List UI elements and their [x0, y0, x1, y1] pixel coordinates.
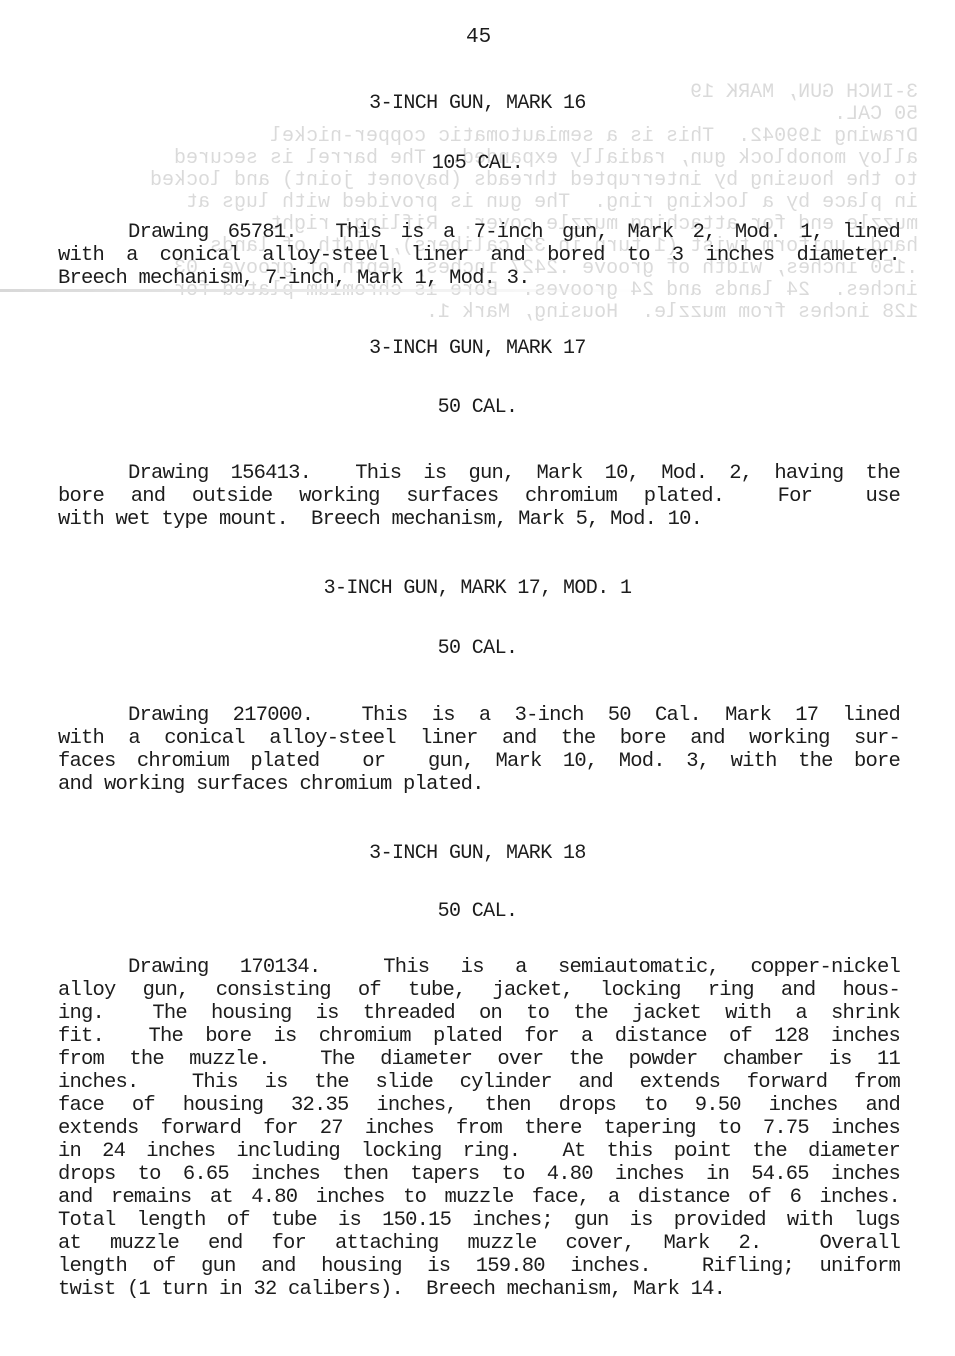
text-line: with a conical alloy-steel liner and the…: [58, 727, 900, 750]
text-line: Drawing 156413. This is gun, Mark 10, Mo…: [58, 462, 900, 485]
text-line: bore and outside working surfaces chromi…: [58, 485, 900, 508]
section-title: 3-INCH GUN, MARK 17, MOD. 1: [0, 577, 955, 600]
text-line: from the muzzle. The diameter over the p…: [58, 1048, 900, 1071]
text-line: with a conical alloy-steel liner and bor…: [58, 244, 900, 267]
section-title: 3-INCH GUN, MARK 16: [0, 92, 955, 115]
text-line: Drawing 217000. This is a 3-inch 50 Cal.…: [58, 704, 900, 727]
caliber-subtitle: 50 CAL.: [0, 637, 955, 660]
text-line: ing. The housing is threaded on to the j…: [58, 1002, 900, 1025]
text-line: and remains at 4.80 inches to muzzle fac…: [58, 1186, 900, 1209]
text-line: Breech mechanism, 7-inch, Mark 1, Mod. 3…: [58, 267, 900, 290]
section-paragraph: Drawing 170134. This is a semiautomatic,…: [58, 956, 900, 1301]
section-paragraph: Drawing 156413. This is gun, Mark 10, Mo…: [58, 462, 900, 531]
text-line: Drawing 170134. This is a semiautomatic,…: [58, 956, 900, 979]
text-line: Drawing 65781. This is a 7-inch gun, Mar…: [58, 221, 900, 244]
text-line: drops to 6.65 inches then tapers to 4.80…: [58, 1163, 900, 1186]
text-line: face of housing 32.35 inches, then drops…: [58, 1094, 900, 1117]
text-line: and working surfaces chromium plated.: [58, 773, 900, 796]
page-number: 45: [466, 26, 491, 49]
section-paragraph: Drawing 217000. This is a 3-inch 50 Cal.…: [58, 704, 900, 796]
text-line: length of gun and housing is 159.80 inch…: [58, 1255, 900, 1278]
text-line: Total length of tube is 150.15 inches; g…: [58, 1209, 900, 1232]
text-line: with wet type mount. Breech mechanism, M…: [58, 508, 900, 531]
text-line: in 24 inches including locking ring. At …: [58, 1140, 900, 1163]
text-line: twist (1 turn in 32 calibers). Breech me…: [58, 1278, 900, 1301]
caliber-subtitle: 50 CAL.: [0, 396, 955, 419]
text-line: extends forward for 27 inches from there…: [58, 1117, 900, 1140]
text-line: inches. This is the slide cylinder and e…: [58, 1071, 900, 1094]
text-line: alloy gun, consisting of tube, jacket, l…: [58, 979, 900, 1002]
section-title: 3-INCH GUN, MARK 17: [0, 337, 955, 360]
text-line: at muzzle end for attaching muzzle cover…: [58, 1232, 900, 1255]
caliber-subtitle: 50 CAL.: [0, 900, 955, 923]
caliber-subtitle: 105 CAL.: [0, 152, 955, 175]
section-paragraph: Drawing 65781. This is a 7-inch gun, Mar…: [58, 221, 900, 290]
text-line: fit. The bore is chromium plated for a d…: [58, 1025, 900, 1048]
text-line: faces chromium plated or gun, Mark 10, M…: [58, 750, 900, 773]
document-page: 3-INCH GUN, MARK 19 50 CAL. Drawing 1990…: [0, 0, 955, 1356]
section-title: 3-INCH GUN, MARK 18: [0, 842, 955, 865]
